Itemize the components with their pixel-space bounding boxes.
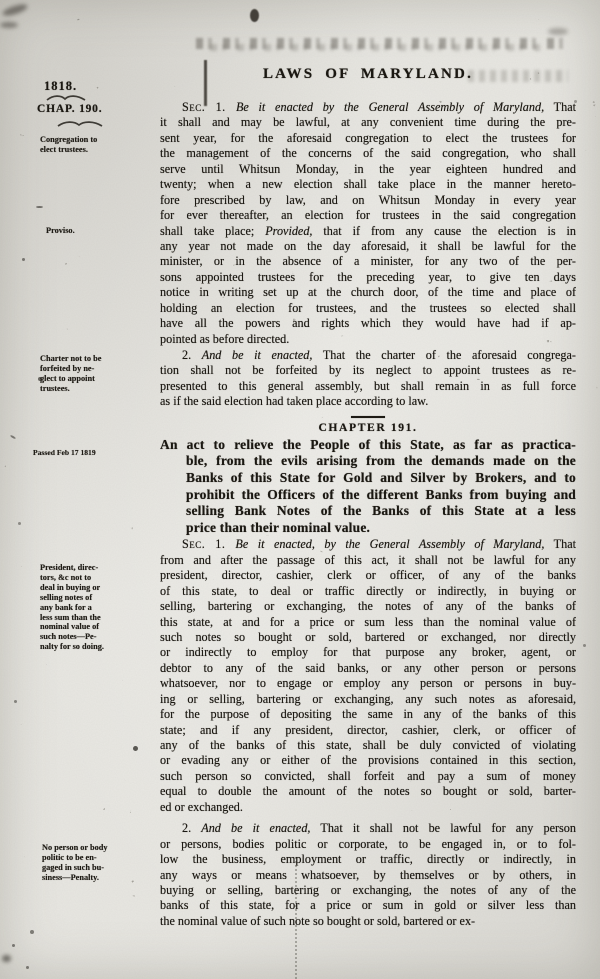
text-line: the management of the concerns of the sa… — [160, 146, 576, 161]
text-line: selling Bank Notes of the Banks of this … — [160, 503, 576, 520]
text-line: ble, from the evils arising from the dem… — [160, 453, 576, 470]
ink-smudge — [548, 28, 568, 35]
margin-note-congregation: Congregation to elect trustees. — [40, 135, 144, 155]
text-line: sent year, for the aforesaid congregatio… — [160, 131, 576, 146]
text-line: president, director, cashier, clerk or o… — [160, 568, 576, 583]
text-line: debtor to any of the said banks, or any … — [160, 661, 576, 676]
text-line: for the purpose of depositing the same i… — [160, 707, 576, 722]
text-line: Sec. 1. Be it enacted by the General Ass… — [160, 100, 576, 115]
text-line: for ever thereafter, an election for tru… — [160, 208, 576, 223]
text-line: holding an election for trustees, and th… — [160, 301, 576, 316]
margin-note-president: President, direc- tors, &c not to deal i… — [40, 563, 144, 652]
text-line: have all the powers and rights which the… — [160, 316, 576, 331]
text-line: Sec. 1. Be it enacted, by the General As… — [160, 537, 576, 552]
margin-note-proviso: Proviso. — [46, 226, 150, 236]
ink-speck — [14, 700, 17, 703]
chapter-190-section-2: 2. And be it enacted, That the charter o… — [160, 348, 576, 410]
ink-speck — [10, 435, 16, 440]
text-line: presented to this general assembly, but … — [160, 379, 576, 394]
bleedthrough-text-artifact — [210, 44, 540, 51]
ornament-squiggle-icon — [45, 94, 87, 103]
text-line: such person so convicted, shall forfeit … — [160, 769, 576, 784]
chapter-191-act-title: An act to relieve the People of this Sta… — [160, 437, 576, 537]
main-column: Sec. 1. Be it enacted by the General Ass… — [160, 100, 576, 929]
text-line: notice in writing set up at the church d… — [160, 285, 576, 300]
text-line: it shall and may be lawful, at any conve… — [160, 115, 576, 130]
ink-speck — [36, 206, 43, 208]
scanned-page: 1818. LAWS OF MARYLAND. CHAP. 190. Congr… — [0, 0, 600, 979]
ink-speck — [22, 258, 25, 261]
chapter-191-section-1: Sec. 1. Be it enacted, by the General As… — [160, 537, 576, 815]
text-line: any year not made on the day aforesaid, … — [160, 239, 576, 254]
text-line: equal to double the amount of the notes … — [160, 784, 576, 799]
text-line: any ways or means whatsoever, by themsel… — [160, 868, 576, 883]
ink-smudge — [1, 2, 28, 18]
ink-speck — [30, 930, 34, 934]
text-line: fore prescribed by law, and on Whitsun M… — [160, 193, 576, 208]
session-year-label: 1818. — [44, 79, 77, 94]
text-line: of this state, to deal or traffic direct… — [160, 584, 576, 599]
text-line: whatsoever, nor to engage or employ any … — [160, 676, 576, 691]
ink-smudge — [2, 955, 11, 962]
ink-speck — [133, 746, 138, 751]
ink-smudge — [250, 9, 259, 22]
text-line: or evading any or either of the provisio… — [160, 753, 576, 768]
text-line: serve until Whitsun Monday, in the year … — [160, 162, 576, 177]
chapter-191-heading: CHAPTER 191. — [160, 421, 576, 434]
margin-note-passed-date: Passed Feb 17 1819 — [33, 448, 137, 458]
text-line: 2. And be it enacted, That the charter o… — [160, 348, 576, 363]
text-line: this state, at and for a price or sum le… — [160, 615, 576, 630]
text-line: any of the banks of this state, shall be… — [160, 738, 576, 753]
text-line: such notes so bought or sold, bartered o… — [160, 630, 576, 645]
ink-speck — [583, 644, 586, 647]
chapter-191-section-2: 2. And be it enacted, That it shall not … — [160, 821, 576, 929]
text-line: 2. And be it enacted, That it shall not … — [160, 821, 576, 836]
margin-note-charter: Charter not to be forfeited by ne- glect… — [40, 354, 144, 394]
text-line: price than their nominal value. — [160, 520, 576, 537]
text-line: sons appointed trustees for the precedin… — [160, 270, 576, 285]
text-line: tion shall not be forfeited by its negle… — [160, 363, 576, 378]
text-line: twenty; when a new election shall take p… — [160, 177, 576, 192]
text-line: An act to relieve the People of this Sta… — [160, 437, 576, 454]
text-line: ing or selling, bartering or exchanging,… — [160, 692, 576, 707]
section-divider-rule — [351, 416, 385, 418]
text-line: low the business, employment or traffic,… — [160, 852, 576, 867]
ink-speck — [26, 966, 29, 969]
text-line: banks of this state, for a price or sum … — [160, 898, 576, 913]
page-title: LAWS OF MARYLAND. — [160, 66, 576, 83]
ink-speck — [18, 522, 21, 525]
text-line: or persons, bodies politic or corporate,… — [160, 837, 576, 852]
text-line: pointed as before directed. — [160, 332, 576, 347]
text-line: shall take place; Provided, that if from… — [160, 224, 576, 239]
text-line: selling, bartering or exchanging, the no… — [160, 599, 576, 614]
text-line: buying or selling, bartering or exchangi… — [160, 883, 576, 898]
text-line: as if the said election had taken place … — [160, 394, 576, 409]
text-line: or indirectly to employ for that purpose… — [160, 645, 576, 660]
text-line: state; and if any president, director, c… — [160, 723, 576, 738]
text-line: from and after the passage of this act, … — [160, 553, 576, 568]
ink-smudge — [0, 22, 18, 28]
text-line: prohibit the Officers of the different B… — [160, 487, 576, 504]
ink-speck — [12, 944, 15, 947]
ornament-squiggle-icon — [56, 120, 104, 129]
text-line: the nominal value of such note so bought… — [160, 914, 576, 929]
text-line: minister, or in the absence of a ministe… — [160, 254, 576, 269]
chapter-190-section-1: Sec. 1. Be it enacted by the General Ass… — [160, 100, 576, 347]
chapter-190-margin-label: CHAP. 190. — [37, 103, 102, 115]
margin-note-no-person: No person or body politic to be en- gage… — [42, 843, 146, 883]
text-line: Banks of this State for Gold and Silver … — [160, 470, 576, 487]
text-line: ed or exchanged. — [160, 800, 576, 815]
